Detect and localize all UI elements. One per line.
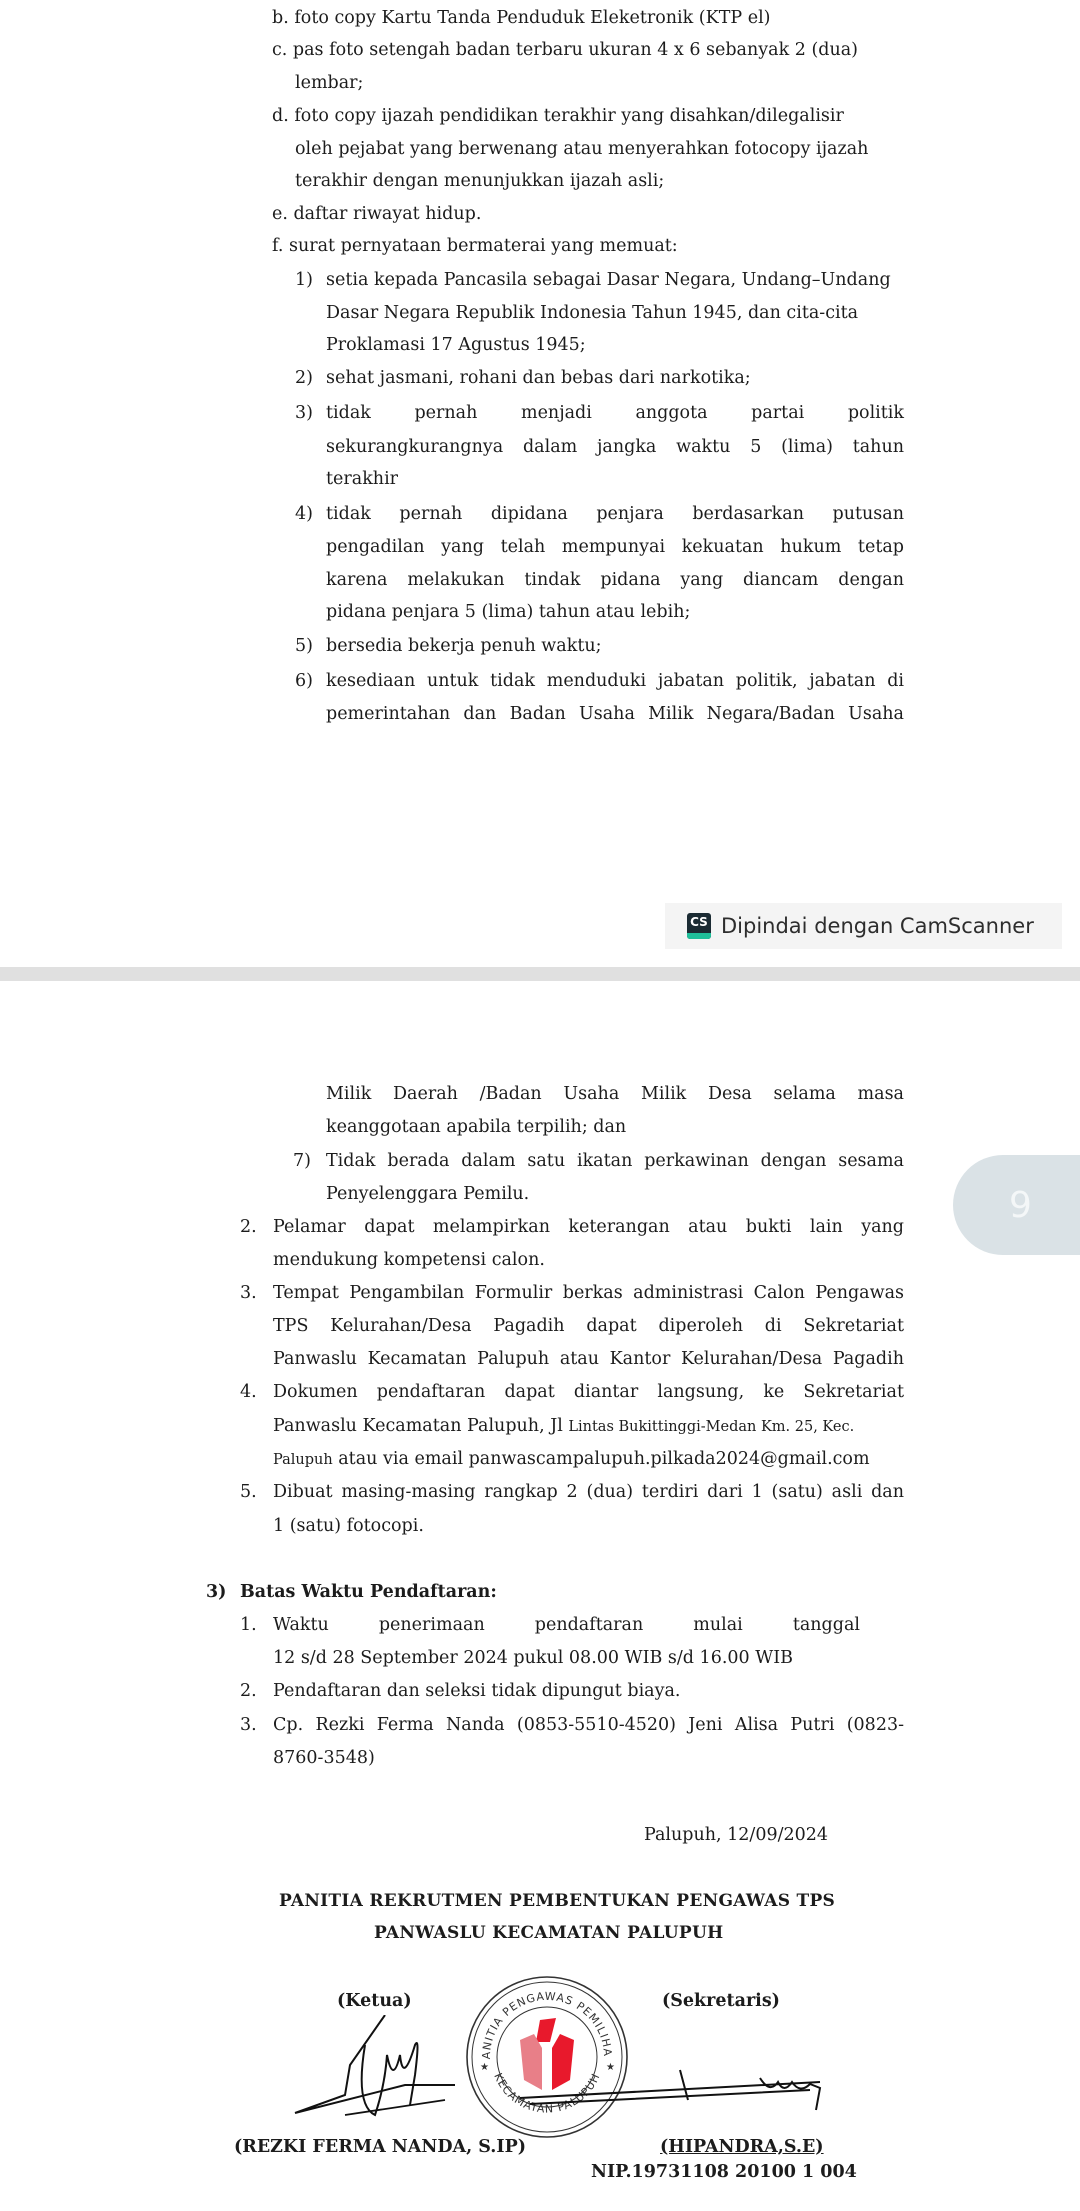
chairman-name: (REZKI FERMA NANDA, S.IP) [234,2136,526,2158]
email-text: atau via email panwascampalupuh.pilkada2… [333,1449,870,1469]
doc-line: Dibuat masing-masing rangkap 2 (dua) ter… [273,1481,904,1503]
doc-line: Waktu penerimaan pendaftaran mulai tangg… [273,1614,860,1636]
secretary-signature [520,2060,840,2120]
doc-line: pidana penjara 5 (lima) tahun atau lebih… [326,601,690,623]
doc-line: lembar; [295,72,363,94]
list-number: 2) [295,367,313,389]
section-title: Batas Waktu Pendaftaran: [240,1581,497,1603]
doc-line: Dasar Negara Republik Indonesia Tahun 19… [326,302,858,324]
list-number: 3) [295,402,313,424]
page-separator [0,967,1080,981]
doc-line: tidak pernah menjadi anggota partai poli… [326,402,904,424]
doc-line: Cp. Rezki Ferma Nanda (0853-5510-4520) J… [273,1714,904,1736]
doc-line: d. foto copy ijazah pendidikan terakhir … [272,105,844,127]
doc-line: 1 (satu) fotocopi. [273,1515,424,1537]
list-number: 3. [240,1282,257,1304]
doc-line: Milik Daerah /Badan Usaha Milik Desa sel… [326,1083,904,1105]
committee-subtitle: PANWASLU KECAMATAN PALUPUH [374,1922,723,1944]
doc-line: sekurangkurangnya dalam jangka waktu 5 (… [326,436,904,458]
list-number: 5. [240,1481,257,1503]
secretary-role: (Sekretaris) [662,1990,780,2012]
address-text: Panwaslu Kecamatan Palupuh, Jl [273,1416,568,1436]
list-number: 7) [293,1150,311,1172]
doc-line: keanggotaan apabila terpilih; dan [326,1116,626,1138]
doc-line: Proklamasi 17 Agustus 1945; [326,334,586,356]
doc-line: b. foto copy Kartu Tanda Penduduk Eleket… [272,7,771,29]
page-number-badge: 9 [953,1155,1080,1255]
doc-line: Panwaslu Kecamatan Palupuh atau Kantor K… [273,1348,904,1370]
doc-line: Tidak berada dalam satu ikatan perkawina… [326,1150,904,1172]
committee-title: PANITIA REKRUTMEN PEMBENTUKAN PENGAWAS T… [279,1890,835,1912]
section-number: 3) [206,1581,226,1603]
doc-line: sehat jasmani, rohani dan bebas dari nar… [326,367,751,389]
doc-line: setia kepada Pancasila sebagai Dasar Neg… [326,269,891,291]
address-text-small: Lintas Bukittinggi-Medan Km. 25, Kec. [568,1419,854,1435]
doc-line: e. daftar riwayat hidup. [272,203,481,225]
address-text-small: Palupuh [273,1452,333,1468]
doc-line: kesediaan untuk tidak menduduki jabatan … [326,670,904,692]
list-number: 3. [240,1714,257,1736]
doc-line: f. surat pernyataan bermaterai yang memu… [272,235,678,257]
doc-line: Penyelenggara Pemilu. [326,1183,529,1205]
list-number: 4. [240,1381,257,1403]
doc-line: oleh pejabat yang berwenang atau menyera… [295,138,868,160]
doc-line: karena melakukan tindak pidana yang dian… [326,569,904,591]
doc-line: Dokumen pendaftaran dapat diantar langsu… [273,1381,904,1403]
doc-line: terakhir dengan menunjukkan ijazah asli; [295,170,664,192]
list-number: 1. [240,1614,257,1636]
secretary-name: (HIPANDRA,S.E) [660,2136,824,2158]
list-number: 1) [295,269,313,291]
doc-line: Panwaslu Kecamatan Palupuh, Jl Lintas Bu… [273,1415,904,1438]
list-number: 5) [295,635,313,657]
doc-line: Pelamar dapat melampirkan keterangan ata… [273,1216,904,1238]
list-number: 4) [295,503,313,525]
doc-line: 12 s/d 28 September 2024 pukul 08.00 WIB… [273,1647,793,1669]
doc-line: pemerintahan dan Badan Usaha Milik Negar… [326,703,904,725]
doc-line: c. pas foto setengah badan terbaru ukura… [272,39,858,61]
doc-line: bersedia bekerja penuh waktu; [326,635,602,657]
doc-line: TPS Kelurahan/Desa Pagadih dapat diperol… [273,1315,904,1337]
doc-line: Pendaftaran dan seleksi tidak dipungut b… [273,1680,681,1702]
camscanner-text: Dipindai dengan CamScanner [721,914,1034,938]
list-number: 2. [240,1216,257,1238]
secretary-nip: NIP.19731108 20100 1 004 [591,2161,857,2183]
doc-line: tidak pernah dipidana penjara berdasarka… [326,503,904,525]
chairman-role: (Ketua) [337,1990,412,2012]
list-number: 6) [295,670,313,692]
list-number: 2. [240,1680,257,1702]
place-date: Palupuh, 12/09/2024 [644,1824,828,1846]
doc-line: Tempat Pengambilan Formulir berkas admin… [273,1282,904,1304]
doc-line: mendukung kompetensi calon. [273,1249,545,1271]
doc-line: terakhir [326,468,398,490]
camscanner-watermark: CS Dipindai dengan CamScanner [665,903,1062,949]
camscanner-logo-icon: CS [687,913,711,939]
doc-line: pengadilan yang telah mempunyai kekuatan… [326,536,904,558]
doc-line: Palupuh atau via email panwascampalupuh.… [273,1448,870,1471]
doc-line: 8760-3548) [273,1747,375,1769]
